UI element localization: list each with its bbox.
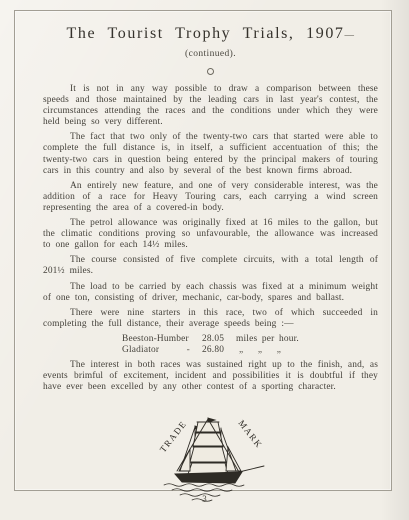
car-name: Beeston-Humber: [122, 334, 189, 345]
trademark-right-text: MARK: [236, 418, 264, 450]
speed-value: 28.05: [202, 334, 236, 345]
title-main: The Tourist Trophy Trials, 1907: [67, 25, 345, 42]
page-content: The Tourist Trophy Trials, 1907—(continu…: [15, 11, 391, 490]
car-name-cell: Gladiator-: [122, 345, 202, 356]
paragraph-2: The fact that two only of the twenty-two…: [43, 132, 378, 176]
table-row: Beeston-Humber 28.05 miles per hour.: [122, 334, 378, 345]
ship-icon: TRADE MARK: [146, 413, 276, 505]
trademark-left-text: TRADE: [157, 419, 188, 455]
paragraph-7: There were nine starters in this race, t…: [43, 308, 378, 330]
paragraph-8: The interest in both races was sustained…: [43, 360, 378, 393]
paragraph-6: The load to be carried by each chassis w…: [43, 282, 378, 304]
car-name-cell: Beeston-Humber: [122, 334, 202, 345]
paragraph-5: The course consisted of five complete ci…: [43, 255, 378, 277]
separator: -: [187, 345, 190, 356]
page-number: 3: [0, 494, 409, 504]
paragraph-4: The petrol allowance was originally fixe…: [43, 218, 378, 251]
speed-table: Beeston-Humber 28.05 miles per hour. Gla…: [122, 334, 378, 356]
ornament-circle-icon: [207, 68, 214, 75]
car-name: Gladiator: [122, 345, 159, 356]
page-border: The Tourist Trophy Trials, 1907—(continu…: [14, 10, 392, 491]
speed-value: 26.80: [202, 345, 236, 356]
paragraph-1: It is not in any way possible to draw a …: [43, 84, 378, 128]
paragraph-3: An entirely new feature, and one of very…: [43, 181, 378, 214]
ditto-marks: „ „ „: [236, 345, 281, 356]
page-title: The Tourist Trophy Trials, 1907—(continu…: [43, 25, 378, 61]
speed-unit: miles per hour.: [236, 334, 299, 345]
table-row: Gladiator- 26.80 „ „ „: [122, 345, 378, 356]
